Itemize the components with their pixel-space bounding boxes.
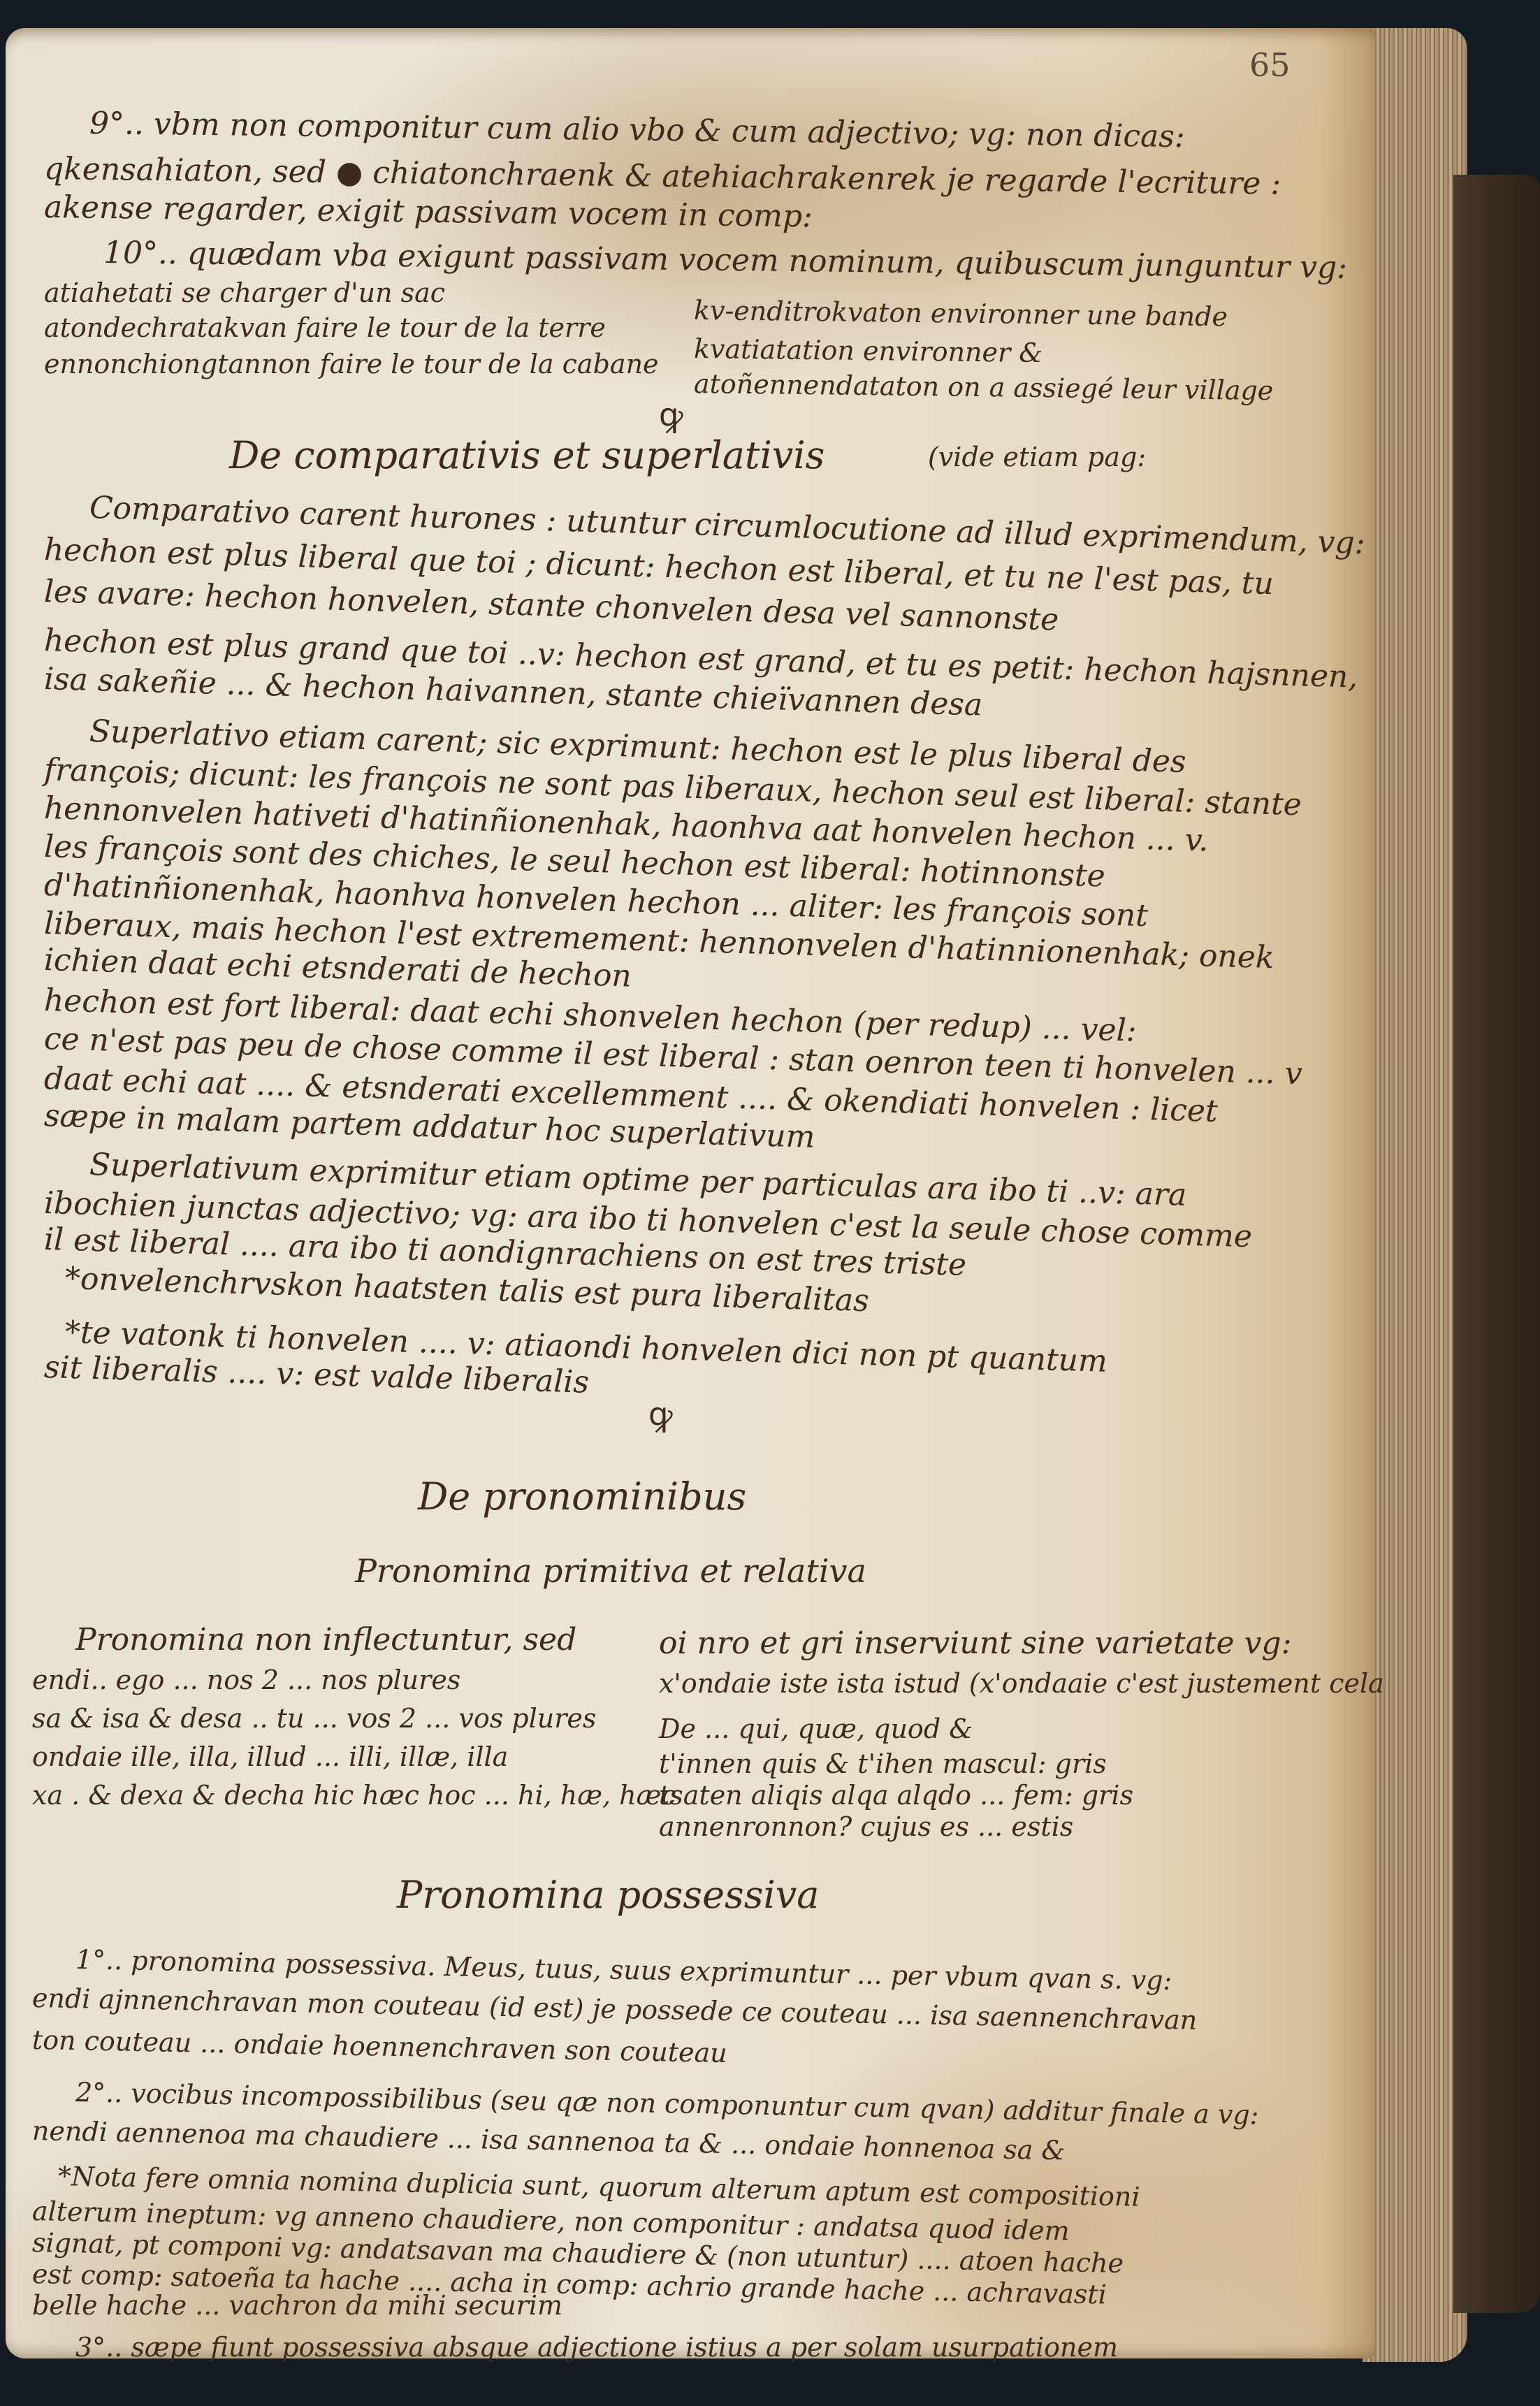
rule10-example-left-2: atondechratakvan faire le tour de la ter… [44,314,606,341]
rule9-line3: akense regarder, exigit passivam vocem i… [44,192,813,232]
book-cover [1453,175,1540,2313]
section-divider-1: ꝙ [659,398,683,430]
possessiva-p4-line1: 3°.. sæpe fiunt possessiva absque adject… [75,2334,1118,2361]
rule10-line1: 10°.. quædam vba exigunt passivam vocem … [103,238,1348,284]
possessiva-p2-line2: nendi aennenoa ma chaudiere ... isa sann… [32,2117,1066,2164]
pronoun-right-4: tsaten aliqis alqa alqdo ... fem: gris [659,1782,1133,1809]
rule9-line1: 9°.. vbm non componitur cum alio vbo & c… [89,108,1185,152]
rule10-example-right-2: kvatiatation environner & [694,335,1043,366]
manuscript-page: 65 9°.. vbm non componitur cum alio vbo … [6,28,1375,2358]
possessiva-p1-line3: ton couteau ... ondaie hoennenchraven so… [32,2027,728,2066]
pronomina-intro-right: oi nro et gri inserviunt sine varietate … [659,1628,1291,1659]
rule10-example-left-3: ennonchiongtannon faire le tour de la ca… [44,351,659,377]
comparativis-heading-note: (vide etiam pag: [928,444,1146,470]
pronoun-left-3: ondaie ille, illa, illud ... illi, illæ,… [32,1744,508,1770]
pronoun-right-5: annenronnon? cujus es ... estis [659,1813,1073,1840]
pronoun-right-1: x'ondaie iste ista istud (x'ondaaie c'es… [659,1670,1384,1697]
page-number: 65 [1249,49,1291,81]
section-divider-2: ꝙ [648,1398,673,1430]
pronoun-left-1: endi.. ego ... nos 2 ... nos plures [32,1667,460,1693]
comparativis-heading: De comparativis et superlativis [229,437,825,474]
rule10-example-right-3: atoñennendataton on a assiegé leur villa… [694,370,1274,404]
pronoun-left-2: sa & isa & desa .. tu ... vos 2 ... vos … [32,1705,596,1732]
pronomina-intro-left: Pronomina non inflectuntur, sed [75,1625,576,1655]
rule10-example-left-1: atiahetati se charger d'un sac [44,280,445,306]
pronoun-right-2: De ... qui, quæ, quod & [659,1716,973,1742]
pronomina-primitiva-subheading: Pronomina primitiva et relativa [355,1555,866,1587]
book-page-edges [1363,28,1467,2362]
pronominibus-heading: De pronominibus [418,1478,746,1516]
rule10-example-right-1: kv-enditrokvaton environner une bande [694,297,1228,330]
possessiva-heading: Pronomina possessiva [397,1876,819,1914]
possessiva-p3-line5: belle hache ... vachron da mihi securim [32,2292,562,2319]
pronoun-left-4: xa . & dexa & decha hic hæc hoc ... hi, … [32,1782,676,1809]
pronoun-right-3: t'innen quis & t'ihen mascul: gris [659,1751,1107,1777]
